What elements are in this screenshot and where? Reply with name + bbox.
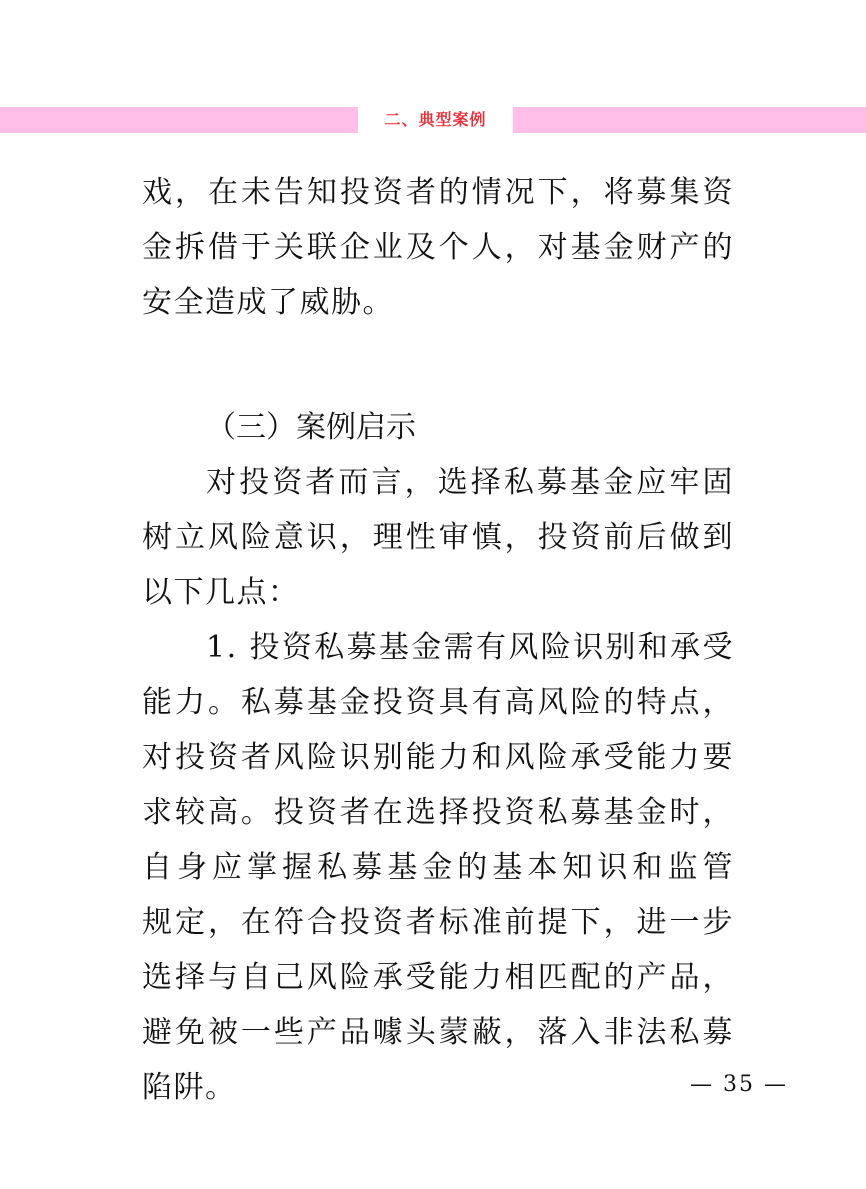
intro-paragraph: 戏，在未告知投资者的情况下，将募集资 金拆借于关联企业及个人，对基金财产的 安全… [142, 165, 734, 330]
text-line: 自身应掌握私募基金的基本知识和监管 [142, 840, 734, 895]
page-number: — 35 — [690, 1072, 788, 1097]
text-line: 金拆借于关联企业及个人，对基金财产的 [142, 220, 734, 275]
text-line: 安全造成了威胁。 [142, 275, 734, 330]
banner-title: 二、典型案例 [358, 107, 513, 133]
text-line: 树立风险意识，理性审慎，投资前后做到 [142, 510, 734, 565]
text-line: 避免被一些产品噱头蒙蔽，落入非法私募 [142, 1005, 734, 1060]
page-body: 戏，在未告知投资者的情况下，将募集资 金拆借于关联企业及个人，对基金财产的 安全… [142, 165, 734, 1115]
section-heading: （三）案例启示 [142, 400, 734, 455]
point-1-paragraph: 1. 投资私募基金需有风险识别和承受 能力。私募基金投资具有高风险的特点， 对投… [142, 620, 734, 1115]
section-banner: 二、典型案例 [0, 107, 866, 133]
text-line: 陷阱。 [142, 1060, 734, 1115]
lead-paragraph: 对投资者而言，选择私募基金应牢固 树立风险意识，理性审慎，投资前后做到 以下几点… [142, 455, 734, 620]
text-line: 能力。私募基金投资具有高风险的特点， [142, 675, 734, 730]
banner-bar-left [0, 107, 358, 133]
banner-bar-right [513, 107, 866, 133]
text-line: 以下几点： [142, 565, 734, 620]
text-line: 选择与自己风险承受能力相匹配的产品， [142, 950, 734, 1005]
text-line: 1. 投资私募基金需有风险识别和承受 [142, 620, 734, 675]
text-line: 规定，在符合投资者标准前提下，进一步 [142, 895, 734, 950]
text-line: 戏，在未告知投资者的情况下，将募集资 [142, 165, 734, 220]
text-line: 对投资者风险识别能力和风险承受能力要 [142, 730, 734, 785]
text-line: 求较高。投资者在选择投资私募基金时， [142, 785, 734, 840]
text-line: 对投资者而言，选择私募基金应牢固 [142, 455, 734, 510]
